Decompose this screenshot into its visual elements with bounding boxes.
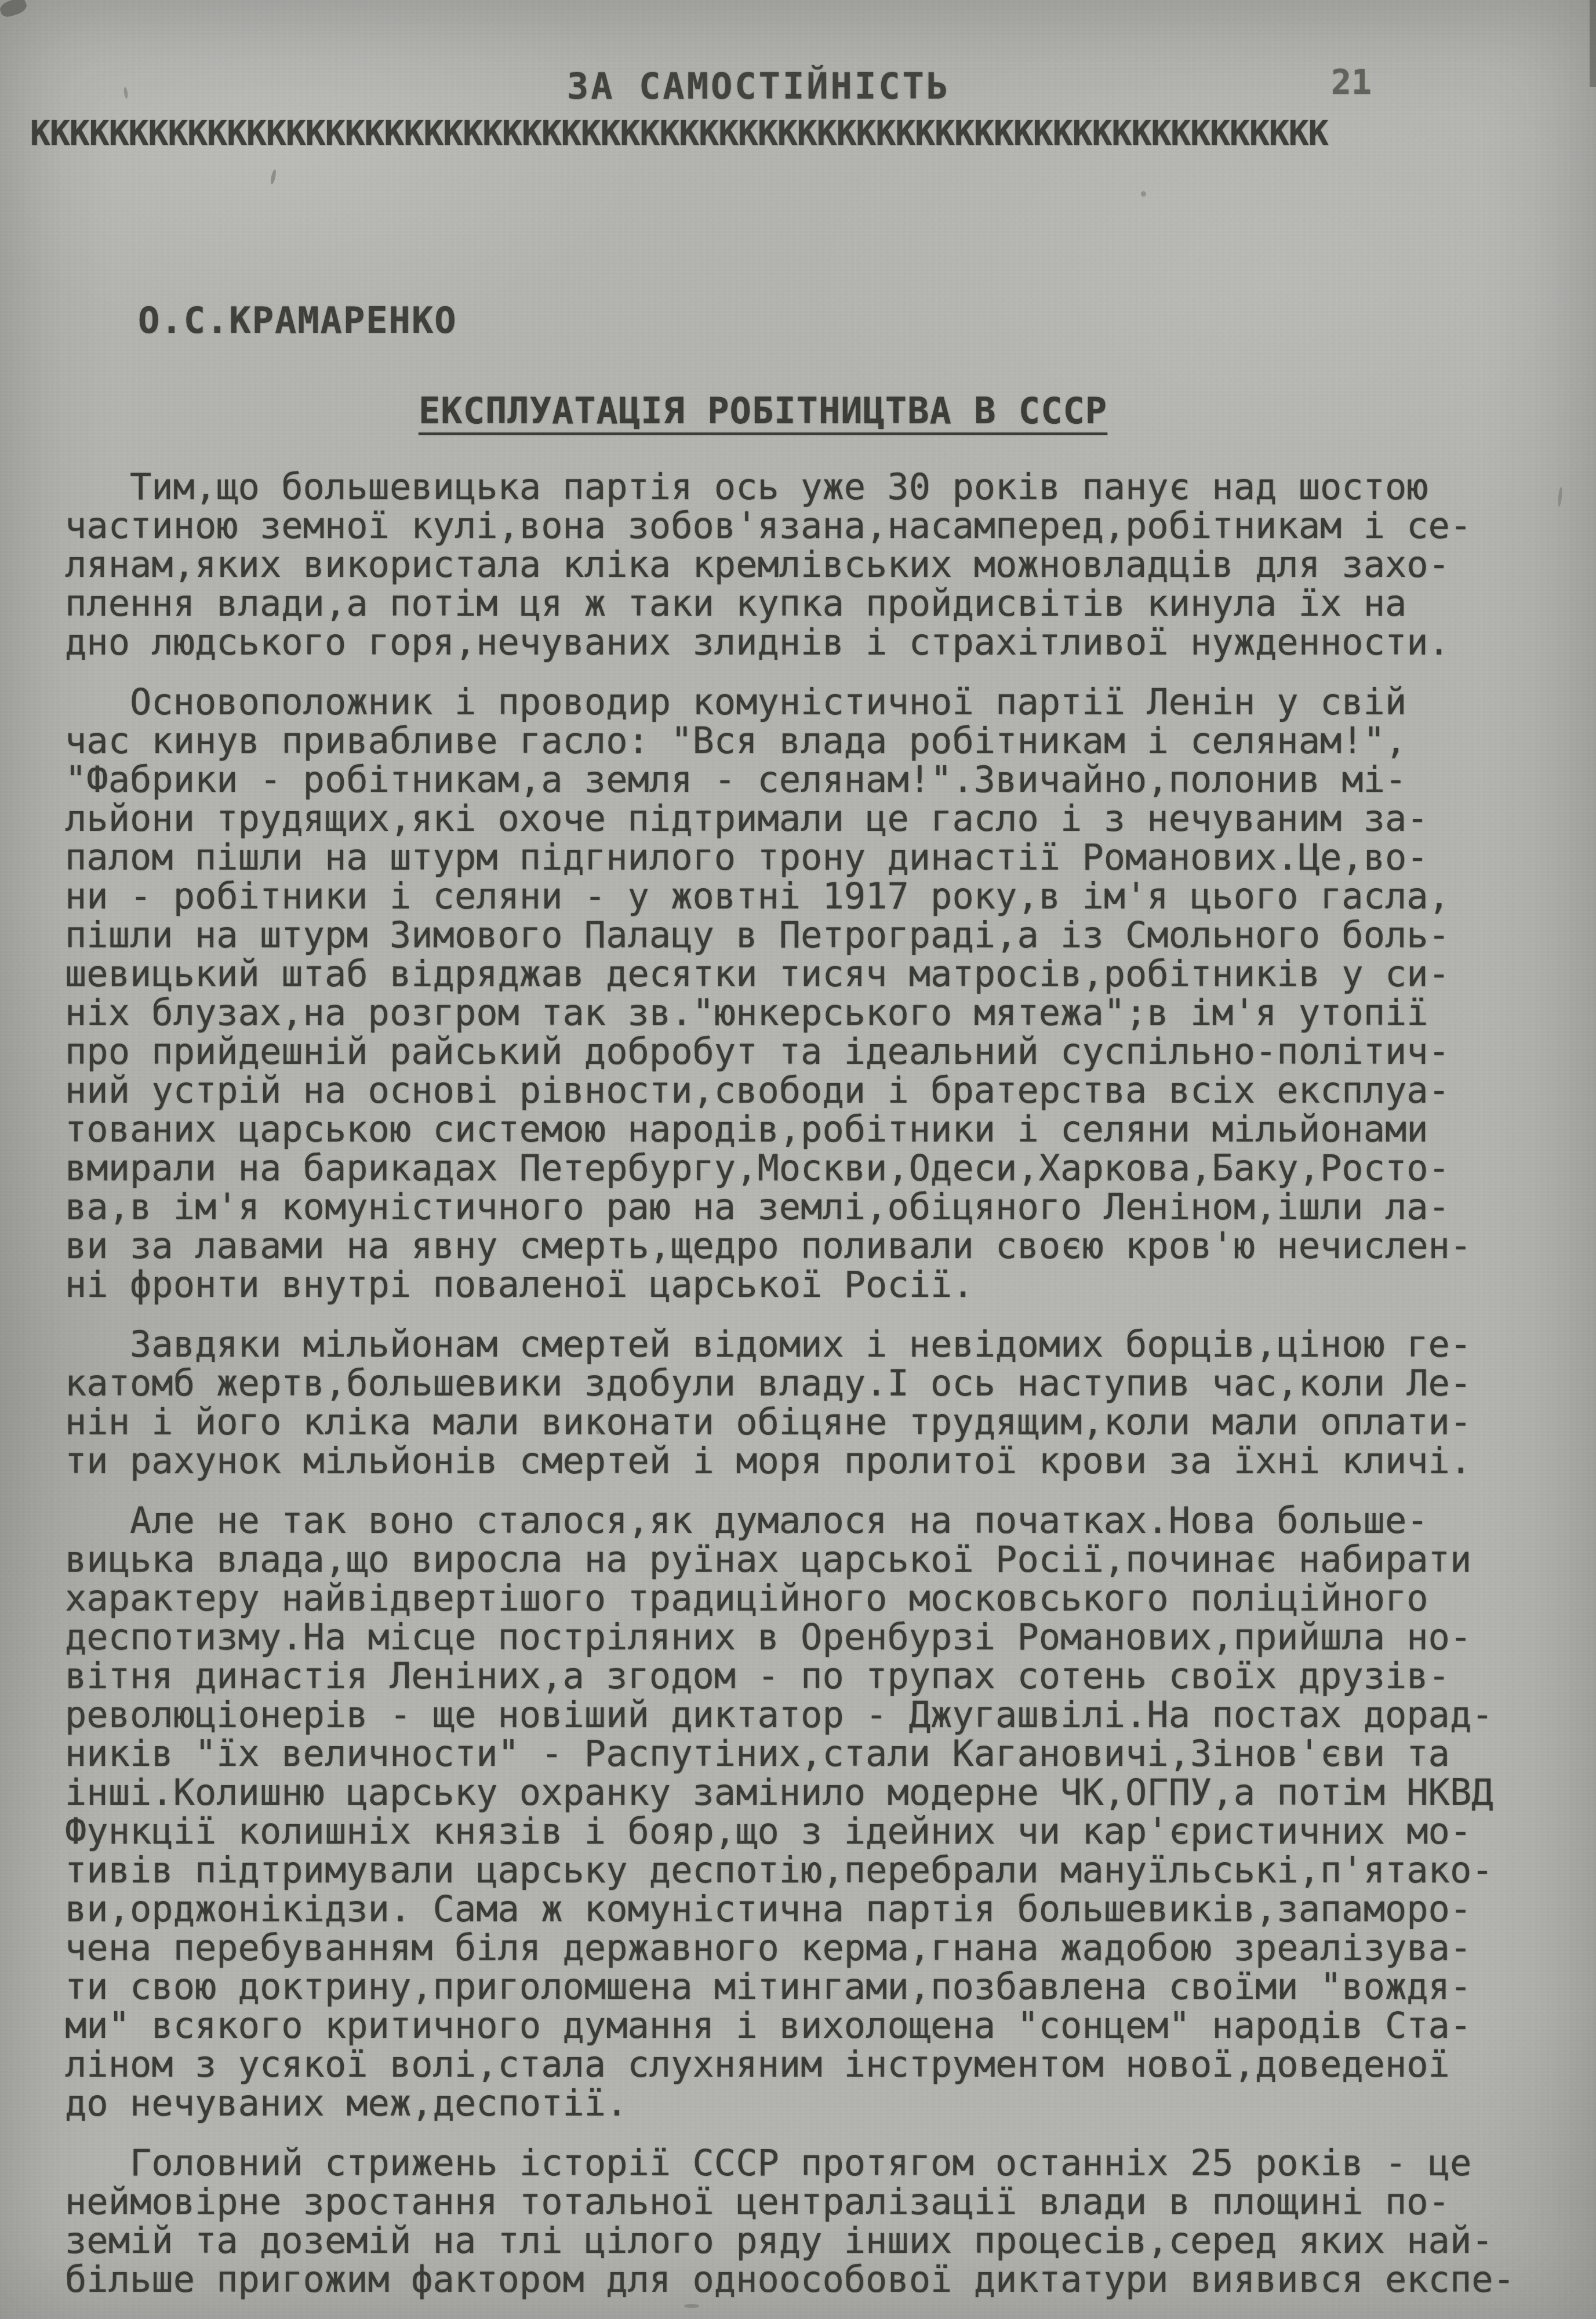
- article-title: ЕКСПЛУАТАЦІЯ РОБІТНИЦТВА В СССР: [419, 390, 1107, 432]
- text-line: плення влади,а потім ця ж таки купка про…: [65, 584, 1561, 623]
- text-line: Але не так воно сталося,як думалося на п…: [65, 1501, 1561, 1540]
- text-line: Тим,що большевицька партія ось уже 30 ро…: [65, 467, 1561, 506]
- text-line: ва,в ім'я комуністичного раю на землі,об…: [65, 1187, 1561, 1226]
- text-line: більше пригожим фактором для одноособово…: [65, 2260, 1561, 2299]
- text-line: ні фронти внутрі поваленої царської Росі…: [65, 1265, 1561, 1304]
- typewriter-k-divider-rule: КККККККККККККККККККККККККККККККККККККККК…: [30, 114, 1328, 153]
- text-line: до нечуваних меж,деспотії.: [65, 2084, 1561, 2122]
- text-line: час кинув привабливе гасло: "Вся влада р…: [65, 721, 1561, 760]
- text-line: ни - робітники і селяни - у жовтні 1917 …: [65, 877, 1561, 915]
- paper-speck: [123, 87, 129, 99]
- text-line: ніх блузах,на розгром так зв."юнкерськог…: [65, 993, 1561, 1032]
- paragraph: Але не так воно сталося,як думалося на п…: [65, 1501, 1561, 2122]
- article-author: О.С.КРАМАРЕНКО: [138, 299, 457, 341]
- text-line: ти рахунок мільйонів смертей і моря прол…: [65, 1441, 1561, 1480]
- text-line: шевицький штаб відряджав десятки тисяч м…: [65, 954, 1561, 993]
- scanned-document-page: ЗА САМОСТІЙНІСТЬ 21 КККККККККККККККККККК…: [0, 0, 1596, 2319]
- text-line: дно людського горя,нечуваних злиднів і с…: [65, 623, 1561, 661]
- paragraph: Завдяки мільйонам смертей відомих і неві…: [65, 1325, 1561, 1480]
- text-line: ників "їх величности" - Распутіних,стали…: [65, 1734, 1561, 1773]
- text-line: тованих царською системою народів,робітн…: [65, 1110, 1561, 1148]
- text-line: деспотизму.На місце постріляних в Оренбу…: [65, 1618, 1561, 1656]
- text-line: ми" всякого критичного думання і вихолощ…: [65, 2006, 1561, 2045]
- text-line: Головний стрижень історії СССР протягом …: [65, 2143, 1561, 2182]
- text-line: катомб жертв,большевики здобули владу.І …: [65, 1364, 1561, 1402]
- text-line: тивів підтримували царську деспотію,пере…: [65, 1851, 1561, 1889]
- text-line: про прийдешній райський добробут та ідеа…: [65, 1032, 1561, 1071]
- text-line: Функції колишніх князів і бояр,що з ідей…: [65, 1812, 1561, 1851]
- journal-masthead-title: ЗА САМОСТІЙНІСТЬ: [567, 65, 950, 107]
- text-line: вицька влада,що виросла на руїнах царськ…: [65, 1540, 1561, 1579]
- text-line: ви за лавами на явну смерть,щедро полива…: [65, 1226, 1561, 1265]
- paragraph: Головний стрижень історії СССР протягом …: [65, 2143, 1561, 2299]
- text-line: революціонерів - ще новіший диктатор - Д…: [65, 1695, 1561, 1734]
- paper-speck: [270, 169, 277, 185]
- text-line: чена перебуванням біля державного керма,…: [65, 1928, 1561, 1967]
- text-line: палом пішли на штурм підгнилого трону ди…: [65, 838, 1561, 877]
- text-line: "Фабрики - робітникам,а земля - селянам!…: [65, 760, 1561, 799]
- document-body: Тим,що большевицька партія ось уже 30 ро…: [65, 467, 1561, 2319]
- text-line: лянам,яких використала кліка кремлівськи…: [65, 545, 1561, 584]
- scan-edge-mark: [1590, 0, 1596, 87]
- text-line: частиною земної кулі,вона зобов'язана,на…: [65, 506, 1561, 545]
- text-line: інші.Колишню царську охранку замінило мо…: [65, 1773, 1561, 1812]
- text-line: вітня династія Леніних,а згодом - по тру…: [65, 1656, 1561, 1695]
- text-line: Завдяки мільйонам смертей відомих і неві…: [65, 1325, 1561, 1364]
- paper-speck: [684, 2304, 699, 2308]
- paper-speck: [1141, 191, 1146, 197]
- text-line: ліном з усякої волі,стала слухняним інст…: [65, 2045, 1561, 2084]
- text-line: ти свою доктрину,приголомшена мітингами,…: [65, 1967, 1561, 2006]
- text-line: пішли на штурм Зимового Палацу в Петрогр…: [65, 915, 1561, 954]
- text-line: ний устрій на основі рівности,свободи і …: [65, 1071, 1561, 1110]
- paper-speck: [596, 1430, 601, 1434]
- scan-corner-smudge: [0, 0, 28, 19]
- paragraph: Тим,що большевицька партія ось уже 30 ро…: [65, 467, 1561, 661]
- text-line: нін і його кліка мали виконати обіцяне т…: [65, 1402, 1561, 1441]
- text-line: вмирали на барикадах Петербургу,Москви,О…: [65, 1148, 1561, 1187]
- page-number: 21: [1331, 63, 1372, 102]
- text-line: характеру найвідвертішого традиційного м…: [65, 1579, 1561, 1618]
- paragraph: Основоположник і проводир комуністичної …: [65, 682, 1561, 1304]
- text-line: ви,орджонікідзи. Сама ж комуністична пар…: [65, 1889, 1561, 1928]
- text-line: Основоположник і проводир комуністичної …: [65, 682, 1561, 721]
- text-line: земій та доземій на тлі цілого ряду інши…: [65, 2221, 1561, 2260]
- text-line: неймовірне зростання тотальної централіз…: [65, 2182, 1561, 2221]
- text-line: льйони трудящих,які охоче підтримали це …: [65, 799, 1561, 838]
